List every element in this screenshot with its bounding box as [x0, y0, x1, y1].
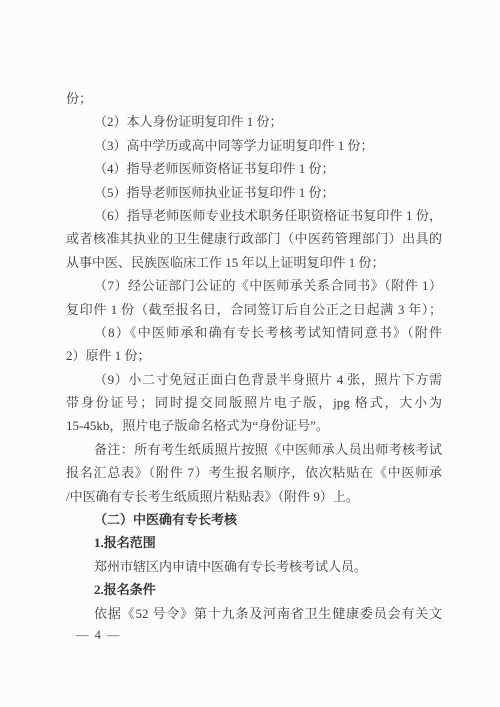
- subsection-2-body: 依据《52 号令》第十九条及河南省卫生健康委员会有关文: [66, 602, 442, 625]
- note-line-1: 备注：所有考生纸质照片按照《中医师承人员出师考核考试: [66, 438, 442, 461]
- item-6-continuation-2: 从事中医、民族医临床工作 15 年以上证明复印件 1 份；: [66, 251, 442, 274]
- item-4-line: （4）指导老师医师资格证书复印件 1 份；: [66, 157, 442, 180]
- item-8-continuation: 2）原件 1 份；: [66, 344, 442, 367]
- item-6-line: （6）指导老师医师专业技术职务任职资格证书复印件 1 份，: [66, 204, 442, 227]
- note-line-2: 报名汇总表》（附件 7）考生报名顺序，依次粘贴在《中医师承: [66, 461, 442, 484]
- note-line-3: /中医确有专长考生纸质照片粘贴表》（附件 9）上。: [66, 485, 442, 508]
- continuation-line: 份；: [66, 87, 442, 110]
- section-heading-2: （二）中医确有专长考核: [66, 508, 442, 531]
- item-9-continuation-2: 15-45kb，照片电子版命名格式为“身份证号”。: [66, 414, 442, 437]
- item-9-line: （9）小二寸免冠正面白色背景半身照片 4 张，照片下方需: [66, 368, 442, 391]
- item-5-line: （5）指导老师医师执业证书复印件 1 份；: [66, 181, 442, 204]
- item-9-continuation-1: 带身份证号；同时提交同版照片电子版，jpg 格式，大小为: [66, 391, 442, 414]
- subsection-1-body: 郑州市辖区内申请中医确有专长考核考试人员。: [66, 555, 442, 578]
- item-6-continuation-1: 或者核准其执业的卫生健康行政部门（中医药管理部门）出具的: [66, 227, 442, 250]
- item-7-continuation: 复印件 1 份（截至报名日，合同签订后自公正之日起满 3 年）；: [66, 298, 442, 321]
- document-body: 份； （2）本人身份证明复印件 1 份； （3）高中学历或高中同等学力证明复印件…: [66, 87, 442, 625]
- document-page: 份； （2）本人身份证明复印件 1 份； （3）高中学历或高中同等学力证明复印件…: [0, 0, 500, 707]
- page-number: — 4 —: [76, 628, 121, 643]
- item-2-line: （2）本人身份证明复印件 1 份；: [66, 110, 442, 133]
- subsection-1-heading: 1.报名范围: [66, 531, 442, 554]
- item-8-line: （8）《中医师承和确有专长考核考试知情同意书》（附件: [66, 321, 442, 344]
- subsection-2-heading: 2.报名条件: [66, 578, 442, 601]
- item-7-line: （7）经公证部门公证的《中医师承关系合同书》（附件 1）: [66, 274, 442, 297]
- item-3-line: （3）高中学历或高中同等学力证明复印件 1 份；: [66, 134, 442, 157]
